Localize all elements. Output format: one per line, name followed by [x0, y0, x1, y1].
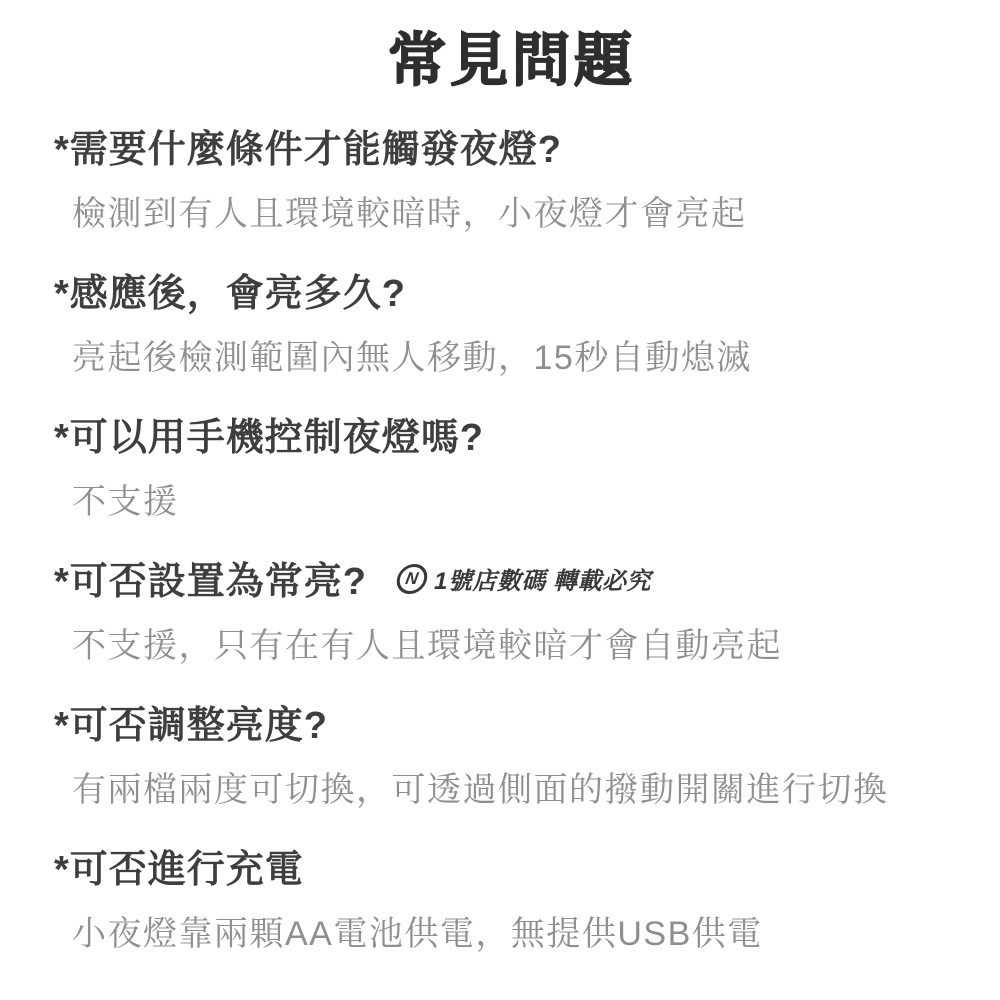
- question-row: *可否調整亮度?: [54, 704, 970, 748]
- question-row: *可否設置為常亮? N 1號店數碼 轉載必究: [54, 560, 970, 604]
- seller-watermark: N 1號店數碼 轉載必究: [397, 561, 651, 596]
- faq-question: *需要什麼條件才能觸發夜燈?: [54, 128, 562, 172]
- faq-question: *可否進行充電: [54, 848, 304, 892]
- faq-answer: 不支援，只有在有人且環境較暗才會自動亮起: [72, 626, 970, 666]
- faq-item-light-duration: *感應後，會亮多久? 亮起後檢測範圍內無人移動，15秒自動熄滅: [54, 272, 970, 378]
- faq-page: 常見問題 *需要什麼條件才能觸發夜燈? 檢測到有人且環境較暗時，小夜燈才會亮起 …: [0, 0, 1000, 1000]
- faq-item-brightness-adjust: *可否調整亮度? 有兩檔兩度可切換，可透過側面的撥動開關進行切換: [54, 704, 970, 810]
- faq-question: *可否設置為常亮?: [54, 560, 367, 604]
- question-row: *可否進行充電: [54, 848, 970, 892]
- faq-answer: 不支援: [72, 482, 970, 522]
- faq-item-phone-control: *可以用手機控制夜燈嗎? 不支援: [54, 416, 970, 522]
- faq-question: *感應後，會亮多久?: [54, 272, 406, 316]
- page-title: 常見問題: [54, 24, 970, 98]
- watermark-text: 1號店數碼 轉載必究: [434, 561, 651, 596]
- faq-question: *可否調整亮度?: [54, 704, 328, 748]
- faq-answer: 小夜燈靠兩顆AA電池供電，無提供USB供電: [72, 914, 970, 954]
- faq-answer: 有兩檔兩度可切換，可透過側面的撥動開關進行切換: [72, 770, 970, 810]
- faq-question: *可以用手機控制夜燈嗎?: [54, 416, 484, 460]
- brand-logo-icon: N: [394, 564, 429, 594]
- question-row: *需要什麼條件才能觸發夜燈?: [54, 128, 970, 172]
- question-row: *可以用手機控制夜燈嗎?: [54, 416, 970, 460]
- faq-answer: 檢測到有人且環境較暗時，小夜燈才會亮起: [72, 194, 970, 234]
- faq-answer: 亮起後檢測範圍內無人移動，15秒自動熄滅: [72, 338, 970, 378]
- faq-item-trigger-conditions: *需要什麼條件才能觸發夜燈? 檢測到有人且環境較暗時，小夜燈才會亮起: [54, 128, 970, 234]
- faq-item-always-on: *可否設置為常亮? N 1號店數碼 轉載必究 不支援，只有在有人且環境較暗才會自…: [54, 560, 970, 666]
- question-row: *感應後，會亮多久?: [54, 272, 970, 316]
- faq-list: *需要什麼條件才能觸發夜燈? 檢測到有人且環境較暗時，小夜燈才會亮起 *感應後，…: [54, 128, 970, 954]
- faq-item-recharging: *可否進行充電 小夜燈靠兩顆AA電池供電，無提供USB供電: [54, 848, 970, 954]
